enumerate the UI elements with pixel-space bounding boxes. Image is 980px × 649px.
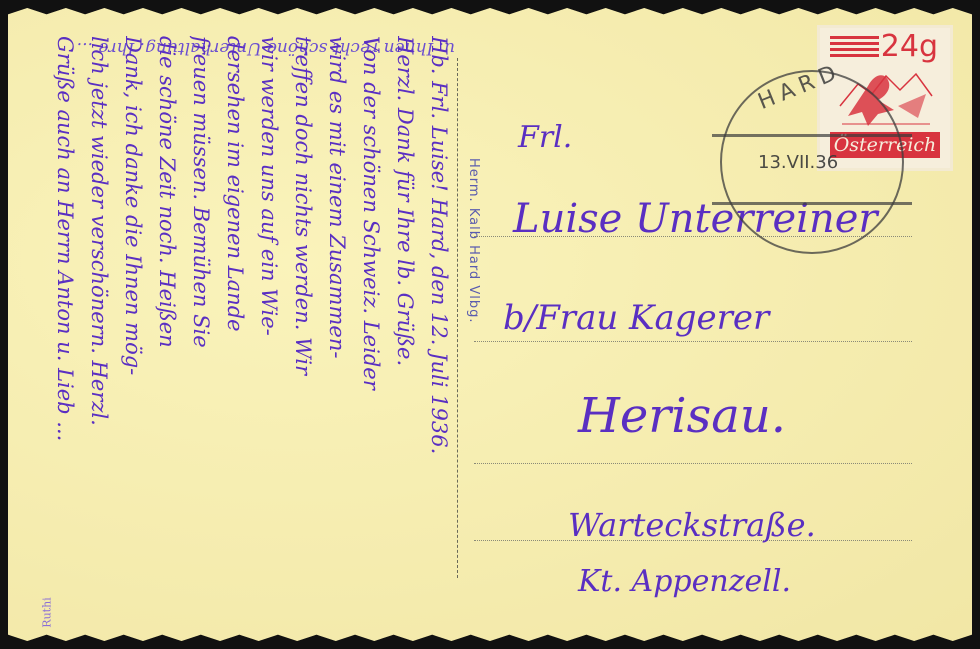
address-city: Herisau. (578, 388, 786, 444)
handwritten-message: Hb. Frl. Luise! Hard, den 12. Juli 1936.… (30, 36, 455, 631)
address-care-of: b/Frau Kagerer (503, 298, 769, 338)
address-canton: Kt. Appenzell. (578, 564, 791, 599)
message-line: Hb. Frl. Luise! Hard, den 12. Juli 1936. (423, 36, 455, 631)
message-line: die schöne Zeit noch. Heißen (151, 36, 183, 631)
corner-note: Ruthi (41, 597, 54, 627)
publisher-imprint: Herm. Kalb Hard Vlbg. (466, 158, 481, 323)
address-street: Warteckstraße. (568, 506, 816, 544)
postmark: HARD 13.VII.36 (720, 70, 904, 254)
message-line: Grüße auch an Herrn Anton u. Lieb ... (49, 36, 81, 631)
postcard: u. Ihnen recht schöne Unterhaltung. Ihre… (8, 8, 972, 641)
message-line: Herzl. Dank für Ihre lb. Grüße. (389, 36, 421, 631)
postmark-date: 13.VII.36 (758, 152, 838, 173)
message-line: lich jetzt wieder verschönern. Herzl. (83, 36, 115, 631)
center-divider (457, 58, 458, 578)
address-guide-line (474, 463, 912, 464)
message-line: treffen doch nichts werden. Wir (287, 36, 319, 631)
message-line: Dank, ich danke die Ihnen mög- (117, 36, 149, 631)
stamp-value: 24g (879, 30, 940, 64)
address-guide-line (474, 341, 912, 342)
postmark-town: HARD (755, 59, 846, 115)
message-line: freuen müssen. Bemühen Sie (185, 36, 217, 631)
message-line: dersehen im eigenen Lande (219, 36, 251, 631)
message-line: wird es mit einem Zusammen- (321, 36, 353, 631)
postmark-bar (712, 134, 912, 137)
postmark-bar (712, 202, 912, 205)
message-line: Von der schönen Schweiz. Leider (355, 36, 387, 631)
message-line: wir werden uns auf ein Wie- (253, 36, 285, 631)
address-salutation: Frl. (518, 120, 572, 155)
